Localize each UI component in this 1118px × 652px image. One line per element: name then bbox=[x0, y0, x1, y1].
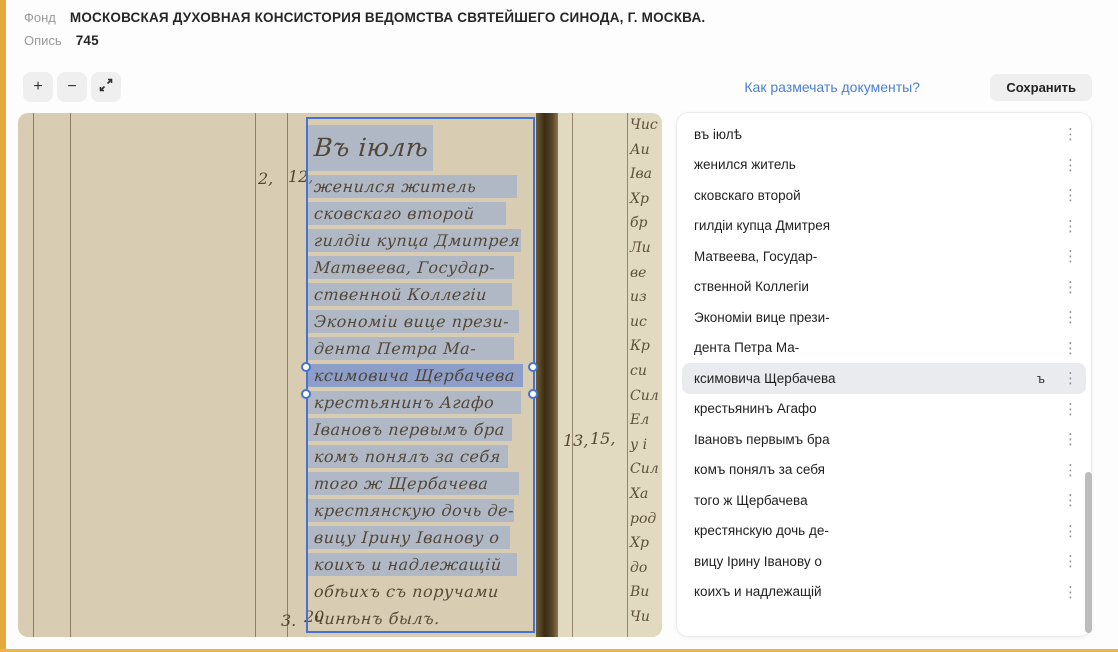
transcription-row[interactable]: дента Петра Ма- ⋮ bbox=[677, 333, 1091, 364]
transcription-row[interactable]: ксимовича Щербачева ъ ⋮ bbox=[682, 363, 1086, 394]
edge-text-fragment: Ви bbox=[630, 584, 649, 600]
kebab-menu-icon[interactable]: ⋮ bbox=[1063, 400, 1077, 418]
edge-text-fragment: Хр bbox=[630, 535, 649, 551]
zoom-out-button[interactable]: − bbox=[57, 72, 87, 102]
edge-text-fragment: си bbox=[630, 363, 647, 379]
edge-text-fragment: Ел bbox=[630, 412, 649, 428]
transcription-row-suffix: ъ bbox=[1037, 371, 1045, 386]
selection-handle[interactable] bbox=[528, 389, 538, 399]
kebab-menu-icon[interactable]: ⋮ bbox=[1063, 278, 1077, 296]
manuscript-line: дента Петра Ма- bbox=[314, 335, 529, 362]
manuscript-line: коихъ и надлежащій bbox=[314, 551, 529, 578]
transcription-row-text: въ іюлѣ bbox=[694, 127, 1063, 142]
manuscript-line: ственной Коллегіи bbox=[314, 281, 529, 308]
margin-number: 3. bbox=[281, 611, 296, 630]
edge-text-fragment: ис bbox=[630, 314, 647, 330]
kebab-menu-icon[interactable]: ⋮ bbox=[1063, 430, 1077, 448]
ruled-line bbox=[70, 113, 71, 637]
edge-text-fragment: Хр bbox=[630, 191, 649, 207]
transcription-row-text: гилдіи купца Дмитрея bbox=[694, 218, 1063, 233]
zoom-in-button[interactable]: + bbox=[23, 72, 53, 102]
manuscript-line: крестянскую дочь де- bbox=[314, 497, 529, 524]
manuscript-line: сковскаго второй bbox=[314, 200, 529, 227]
transcription-row-text: сковскаго второй bbox=[694, 188, 1063, 203]
transcription-row-text: комъ понялъ за себя bbox=[694, 462, 1063, 477]
selection-handle[interactable] bbox=[301, 362, 311, 372]
transcription-row[interactable]: гилдіи купца Дмитрея ⋮ bbox=[677, 211, 1091, 242]
plus-icon: + bbox=[33, 78, 42, 96]
manuscript-line: Івановъ первымъ бра bbox=[314, 416, 529, 443]
transcription-row[interactable]: женился житель ⋮ bbox=[677, 150, 1091, 181]
transcription-row-text: крестянскую дочь де- bbox=[694, 523, 1063, 538]
expand-icon bbox=[99, 78, 113, 97]
selection-handle[interactable] bbox=[301, 389, 311, 399]
transcription-row[interactable]: того ж Щербачева ⋮ bbox=[677, 485, 1091, 516]
transcription-panel: въ іюлѣ ⋮ женился житель ⋮ сковскаго вто… bbox=[676, 112, 1092, 637]
text-block-selection[interactable]: Въ іюлѣженился жительсковскаго второйгил… bbox=[306, 117, 535, 633]
opis-row: Опись 745 bbox=[24, 33, 99, 48]
margin-number: 13, bbox=[563, 431, 588, 450]
how-to-markup-link[interactable]: Как размечать документы? bbox=[744, 79, 920, 95]
kebab-menu-icon[interactable]: ⋮ bbox=[1063, 583, 1077, 601]
transcription-row[interactable]: вицу Ірину Іванову о ⋮ bbox=[677, 546, 1091, 577]
manuscript-line: крестьянинъ Агафо bbox=[314, 389, 529, 416]
margin-number: 2, bbox=[258, 169, 273, 188]
manuscript-line: гилдіи купца Дмитрея bbox=[314, 227, 529, 254]
scrollbar-thumb[interactable] bbox=[1085, 472, 1092, 633]
fond-label: Фонд bbox=[24, 10, 56, 25]
manuscript-line: обѣихъ съ поручами bbox=[314, 578, 529, 605]
transcription-row[interactable]: ственной Коллегіи ⋮ bbox=[677, 272, 1091, 303]
edge-text-fragment: Сил bbox=[630, 388, 659, 404]
transcription-row-text: того ж Щербачева bbox=[694, 493, 1063, 508]
transcription-row-text: крестьянинъ Агафо bbox=[694, 401, 1063, 416]
transcription-row[interactable]: крестянскую дочь де- ⋮ bbox=[677, 516, 1091, 547]
transcription-row-text: дента Петра Ма- bbox=[694, 340, 1063, 355]
manuscript-line: вицу Ірину Іванову о bbox=[314, 524, 529, 551]
transcription-row[interactable]: Матвеева, Государ- ⋮ bbox=[677, 241, 1091, 272]
manuscript-line: ксимовича Щербачева bbox=[314, 362, 529, 389]
ruled-line bbox=[33, 113, 34, 637]
kebab-menu-icon[interactable]: ⋮ bbox=[1063, 369, 1077, 387]
transcription-row-text: коихъ и надлежащій bbox=[694, 584, 1063, 599]
manuscript-line: чинѣнъ былъ. bbox=[314, 605, 529, 632]
transcription-row-text: Матвеева, Государ- bbox=[694, 249, 1063, 264]
archive-markup-page: Фонд МОСКОВСКАЯ ДУХОВНАЯ КОНСИСТОРИЯ ВЕД… bbox=[0, 0, 1118, 652]
ruled-line bbox=[255, 113, 256, 637]
fond-row: Фонд МОСКОВСКАЯ ДУХОВНАЯ КОНСИСТОРИЯ ВЕД… bbox=[24, 10, 705, 25]
fullscreen-button[interactable] bbox=[91, 72, 121, 102]
transcription-row-text: женился житель bbox=[694, 157, 1063, 172]
transcription-row-text: вицу Ірину Іванову о bbox=[694, 554, 1063, 569]
kebab-menu-icon[interactable]: ⋮ bbox=[1063, 339, 1077, 357]
manuscript-line: Въ іюлѣ bbox=[314, 123, 529, 173]
transcription-row[interactable]: крестьянинъ Агафо ⋮ bbox=[677, 394, 1091, 425]
edge-text-fragment: Іва bbox=[630, 166, 652, 182]
margin-number: 15, bbox=[590, 429, 615, 448]
kebab-menu-icon[interactable]: ⋮ bbox=[1063, 125, 1077, 143]
selection-lines: Въ іюлѣженился жительсковскаго второйгил… bbox=[314, 123, 529, 632]
transcription-row[interactable]: коихъ и надлежащій ⋮ bbox=[677, 577, 1091, 608]
manuscript-line: того ж Щербачева bbox=[314, 470, 529, 497]
manuscript-line: Экономіи вице прези- bbox=[314, 308, 529, 335]
edge-text-fragment: род bbox=[630, 511, 656, 527]
opis-label: Опись bbox=[24, 33, 62, 48]
kebab-menu-icon[interactable]: ⋮ bbox=[1063, 217, 1077, 235]
transcription-row-text: ственной Коллегіи bbox=[694, 279, 1063, 294]
kebab-menu-icon[interactable]: ⋮ bbox=[1063, 186, 1077, 204]
transcription-row-text: Экономіи вице прези- bbox=[694, 310, 1063, 325]
transcription-row[interactable]: сковскаго второй ⋮ bbox=[677, 180, 1091, 211]
transcription-row[interactable]: комъ понялъ за себя ⋮ bbox=[677, 455, 1091, 486]
manuscript-line: женился житель bbox=[314, 173, 529, 200]
ruled-line bbox=[572, 113, 573, 637]
edge-text-fragment: из bbox=[630, 289, 647, 305]
kebab-menu-icon[interactable]: ⋮ bbox=[1063, 247, 1077, 265]
edge-text-fragment: Ли bbox=[630, 240, 651, 256]
minus-icon: − bbox=[67, 78, 76, 96]
fond-value: МОСКОВСКАЯ ДУХОВНАЯ КОНСИСТОРИЯ ВЕДОМСТВ… bbox=[70, 10, 705, 25]
edge-text-fragment: Кр bbox=[630, 338, 650, 354]
ruled-line bbox=[287, 113, 288, 637]
edge-text-fragment: Аи bbox=[630, 142, 650, 158]
opis-value: 745 bbox=[76, 33, 99, 48]
page-left-border bbox=[0, 0, 6, 652]
transcription-row[interactable]: Івановъ первымъ бра ⋮ bbox=[677, 424, 1091, 455]
edge-text-fragment: Ха bbox=[630, 486, 648, 502]
save-button[interactable]: Сохранить bbox=[990, 74, 1092, 101]
transcription-row[interactable]: въ іюлѣ ⋮ bbox=[677, 119, 1091, 150]
kebab-menu-icon[interactable]: ⋮ bbox=[1063, 522, 1077, 540]
transcription-list: въ іюлѣ ⋮ женился житель ⋮ сковскаго вто… bbox=[677, 113, 1091, 607]
edge-text-fragment: ве bbox=[630, 265, 646, 281]
kebab-menu-icon[interactable]: ⋮ bbox=[1063, 491, 1077, 509]
kebab-menu-icon[interactable]: ⋮ bbox=[1063, 156, 1077, 174]
selection-handle[interactable] bbox=[528, 362, 538, 372]
edge-text-fragment: Сил bbox=[630, 461, 659, 477]
transcription-row-text: ксимовича Щербачева bbox=[694, 371, 1037, 386]
manuscript-line: Матвеева, Государ- bbox=[314, 254, 529, 281]
edge-text-fragment: Чис bbox=[630, 117, 658, 133]
transcription-row-text: Івановъ первымъ бра bbox=[694, 432, 1063, 447]
kebab-menu-icon[interactable]: ⋮ bbox=[1063, 552, 1077, 570]
transcription-row[interactable]: Экономіи вице прези- ⋮ bbox=[677, 302, 1091, 333]
edge-text-fragment: до bbox=[630, 560, 647, 576]
manuscript-viewer[interactable]: 2,12,13,15,3.20 ЧисАиІваХрбрЛивеизисКрси… bbox=[18, 113, 662, 637]
kebab-menu-icon[interactable]: ⋮ bbox=[1063, 461, 1077, 479]
book-gutter bbox=[536, 113, 558, 637]
ruled-line bbox=[627, 113, 628, 637]
edge-text-fragment: у і bbox=[630, 437, 647, 453]
edge-text-fragment: Чи bbox=[630, 609, 650, 625]
kebab-menu-icon[interactable]: ⋮ bbox=[1063, 308, 1077, 326]
edge-text-fragment: бр bbox=[630, 215, 648, 231]
manuscript-line: комъ понялъ за себя bbox=[314, 443, 529, 470]
